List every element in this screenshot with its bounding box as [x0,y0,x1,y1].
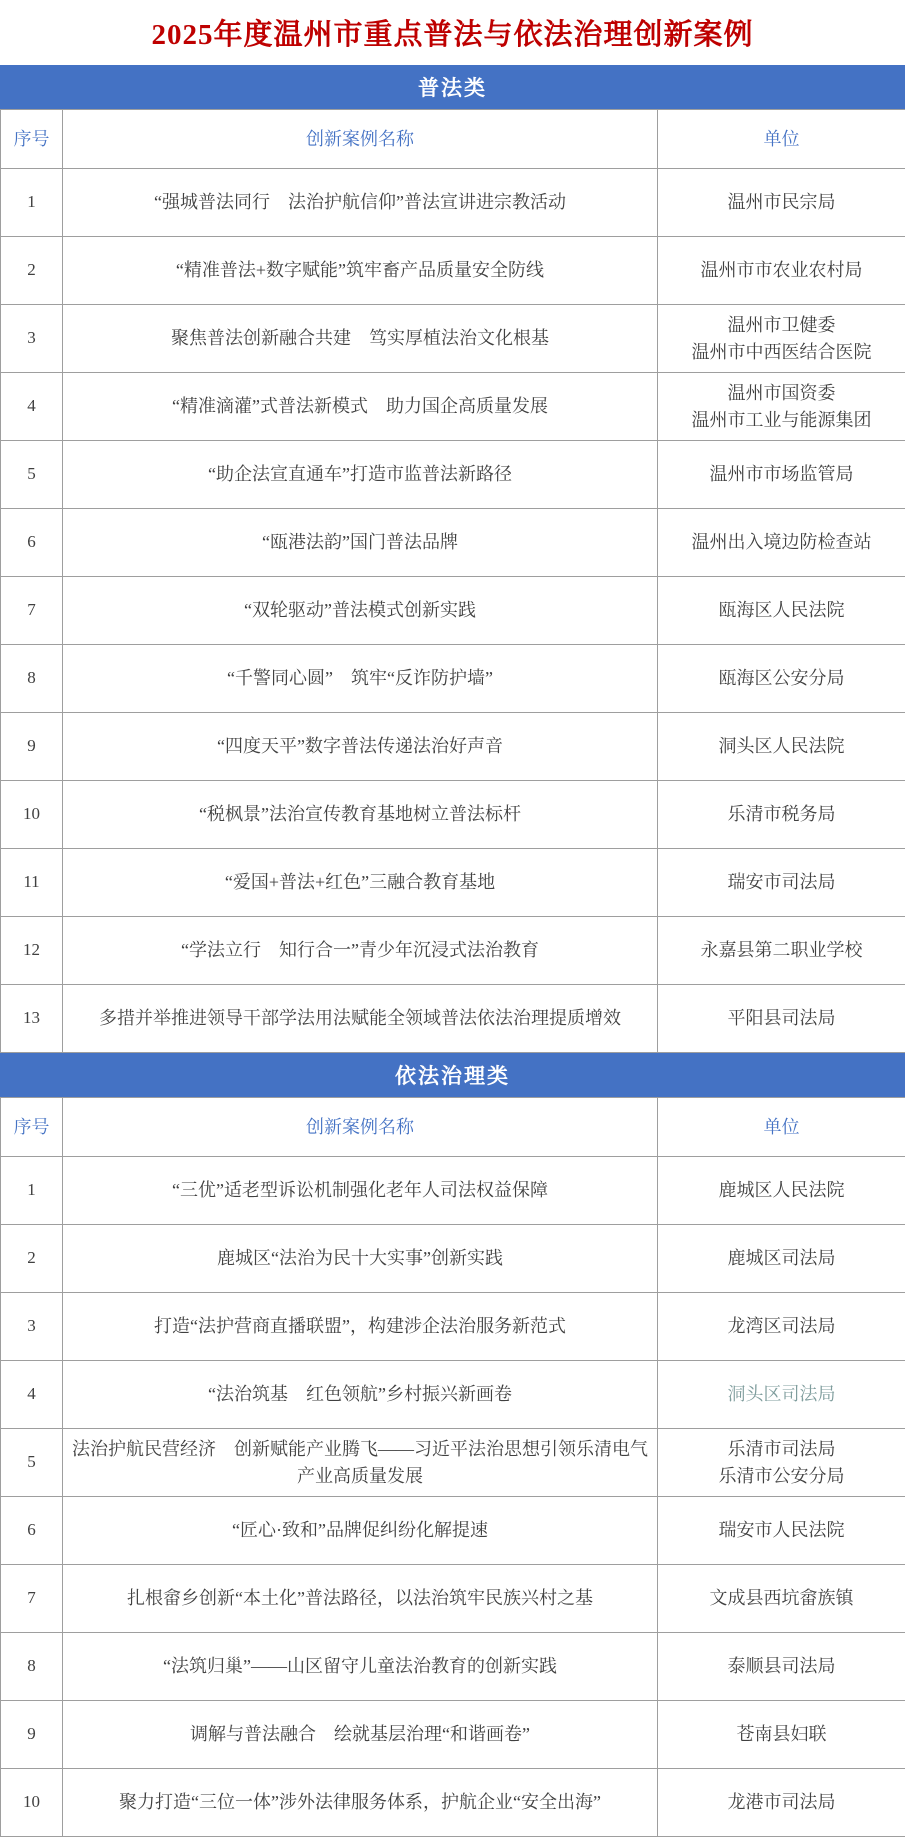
row-index: 2 [1,237,63,305]
document-page: 2025年度温州市重点普法与依法治理创新案例 普法类 序号 创新案例名称 单位 … [0,0,905,1837]
unit-cell: 鹿城区司法局 [658,1225,905,1293]
col-header-case: 创新案例名称 [63,1098,658,1157]
cases-table: 序号 创新案例名称 单位 1 “三优”适老型诉讼机制强化老年人司法权益保障 鹿城… [0,1097,905,1837]
case-name-cell: “学法立行 知行合一”青少年沉浸式法治教育 [63,917,658,985]
table-row: 8 “千警同心圆” 筑牢“反诈防护墙” 瓯海区公安分局 [1,645,905,713]
table-row: 10 “税枫景”法治宣传教育基地树立普法标杆 乐清市税务局 [1,781,905,849]
case-name-cell: 扎根畲乡创新“本土化”普法路径，以法治筑牢民族兴村之基 [63,1565,658,1633]
row-index: 10 [1,781,63,849]
case-name-cell: 法治护航民营经济 创新赋能产业腾飞——习近平法治思想引领乐清电气产业高质量发展 [63,1429,658,1497]
case-name-cell: “强城普法同行 法治护航信仰”普法宣讲进宗教活动 [63,169,658,237]
case-name-cell: “精准普法+数字赋能”筑牢畜产品质量安全防线 [63,237,658,305]
row-index: 11 [1,849,63,917]
row-index: 9 [1,1701,63,1769]
case-name-cell: 多措并举推进领导干部学法用法赋能全领域普法依法治理提质增效 [63,985,658,1053]
row-index: 5 [1,441,63,509]
table-row: 6 “瓯港法韵”国门普法品牌 温州出入境边防检查站 [1,509,905,577]
row-index: 10 [1,1769,63,1837]
row-index: 1 [1,1157,63,1225]
row-index: 2 [1,1225,63,1293]
table-row: 7 “双轮驱动”普法模式创新实践 瓯海区人民法院 [1,577,905,645]
row-index: 6 [1,509,63,577]
table-row: 8 “法筑归巢”——山区留守儿童法治教育的创新实践 泰顺县司法局 [1,1633,905,1701]
table-row: 10 聚力打造“三位一体”涉外法律服务体系，护航企业“安全出海” 龙港市司法局 [1,1769,905,1837]
row-index: 4 [1,373,63,441]
col-header-unit: 单位 [658,110,905,169]
case-name-cell: “爱国+普法+红色”三融合教育基地 [63,849,658,917]
unit-cell: 瑞安市人民法院 [658,1497,905,1565]
row-index: 3 [1,1293,63,1361]
unit-cell: 文成县西坑畲族镇 [658,1565,905,1633]
case-name-cell: “助企法宣直通车”打造市监普法新路径 [63,441,658,509]
table-row: 9 “四度天平”数字普法传递法治好声音 洞头区人民法院 [1,713,905,781]
table-row: 7 扎根畲乡创新“本土化”普法路径，以法治筑牢民族兴村之基 文成县西坑畲族镇 [1,1565,905,1633]
unit-cell: 乐清市司法局 乐清市公安分局 [658,1429,905,1497]
table-row: 11 “爱国+普法+红色”三融合教育基地 瑞安市司法局 [1,849,905,917]
table-row: 12 “学法立行 知行合一”青少年沉浸式法治教育 永嘉县第二职业学校 [1,917,905,985]
sections-container: 普法类 序号 创新案例名称 单位 1 “强城普法同行 法治护航信仰”普法宣讲进宗… [0,65,905,1837]
col-header-unit: 单位 [658,1098,905,1157]
case-name-cell: “税枫景”法治宣传教育基地树立普法标杆 [63,781,658,849]
row-index: 12 [1,917,63,985]
section-header-bar: 依法治理类 [0,1053,905,1097]
unit-cell: 龙湾区司法局 [658,1293,905,1361]
table-row: 4 “法治筑基 红色领航”乡村振兴新画卷 洞头区司法局 [1,1361,905,1429]
table-row: 13 多措并举推进领导干部学法用法赋能全领域普法依法治理提质增效 平阳县司法局 [1,985,905,1053]
unit-cell: 温州出入境边防检查站 [658,509,905,577]
unit-cell: 瓯海区人民法院 [658,577,905,645]
row-index: 5 [1,1429,63,1497]
table-row: 4 “精准滴灌”式普法新模式 助力国企高质量发展 温州市国资委 温州市工业与能源… [1,373,905,441]
row-index: 7 [1,1565,63,1633]
unit-cell: 温州市市农业农村局 [658,237,905,305]
case-name-cell: 打造“法护营商直播联盟”，构建涉企法治服务新范式 [63,1293,658,1361]
unit-cell: 泰顺县司法局 [658,1633,905,1701]
table-row: 9 调解与普法融合 绘就基层治理“和谐画卷” 苍南县妇联 [1,1701,905,1769]
unit-cell: 洞头区人民法院 [658,713,905,781]
case-name-cell: 聚力打造“三位一体”涉外法律服务体系，护航企业“安全出海” [63,1769,658,1837]
case-name-cell: 聚焦普法创新融合共建 笃实厚植法治文化根基 [63,305,658,373]
table-section: 依法治理类 序号 创新案例名称 单位 1 “三优”适老型诉讼机制强化老年人司法权… [0,1053,905,1837]
unit-cell: 温州市民宗局 [658,169,905,237]
case-name-cell: “千警同心圆” 筑牢“反诈防护墙” [63,645,658,713]
case-name-cell: 鹿城区“法治为民十大实事”创新实践 [63,1225,658,1293]
case-name-cell: “法治筑基 红色领航”乡村振兴新画卷 [63,1361,658,1429]
row-index: 8 [1,1633,63,1701]
unit-cell: 温州市市场监管局 [658,441,905,509]
case-name-cell: “双轮驱动”普法模式创新实践 [63,577,658,645]
col-header-index: 序号 [1,1098,63,1157]
section-header-bar: 普法类 [0,65,905,109]
table-body: 1 “强城普法同行 法治护航信仰”普法宣讲进宗教活动 温州市民宗局 2 “精准普… [1,169,905,1053]
column-header-row: 序号 创新案例名称 单位 [1,110,905,169]
unit-cell: 瓯海区公安分局 [658,645,905,713]
table-row: 2 “精准普法+数字赋能”筑牢畜产品质量安全防线 温州市市农业农村局 [1,237,905,305]
row-index: 9 [1,713,63,781]
col-header-index: 序号 [1,110,63,169]
row-index: 1 [1,169,63,237]
unit-cell: 鹿城区人民法院 [658,1157,905,1225]
unit-cell: 温州市国资委 温州市工业与能源集团 [658,373,905,441]
row-index: 6 [1,1497,63,1565]
table-row: 1 “强城普法同行 法治护航信仰”普法宣讲进宗教活动 温州市民宗局 [1,169,905,237]
table-section: 普法类 序号 创新案例名称 单位 1 “强城普法同行 法治护航信仰”普法宣讲进宗… [0,65,905,1053]
cases-table: 序号 创新案例名称 单位 1 “强城普法同行 法治护航信仰”普法宣讲进宗教活动 … [0,109,905,1053]
unit-cell: 龙港市司法局 [658,1769,905,1837]
row-index: 7 [1,577,63,645]
unit-cell: 永嘉县第二职业学校 [658,917,905,985]
case-name-cell: “匠心·致和”品牌促纠纷化解提速 [63,1497,658,1565]
table-row: 2 鹿城区“法治为民十大实事”创新实践 鹿城区司法局 [1,1225,905,1293]
table-row: 1 “三优”适老型诉讼机制强化老年人司法权益保障 鹿城区人民法院 [1,1157,905,1225]
case-name-cell: “四度天平”数字普法传递法治好声音 [63,713,658,781]
case-name-cell: 调解与普法融合 绘就基层治理“和谐画卷” [63,1701,658,1769]
case-name-cell: “法筑归巢”——山区留守儿童法治教育的创新实践 [63,1633,658,1701]
unit-cell: 温州市卫健委 温州市中西医结合医院 [658,305,905,373]
table-row: 3 打造“法护营商直播联盟”，构建涉企法治服务新范式 龙湾区司法局 [1,1293,905,1361]
unit-cell: 洞头区司法局 [658,1361,905,1429]
row-index: 8 [1,645,63,713]
case-name-cell: “三优”适老型诉讼机制强化老年人司法权益保障 [63,1157,658,1225]
table-body: 1 “三优”适老型诉讼机制强化老年人司法权益保障 鹿城区人民法院 2 鹿城区“法… [1,1157,905,1837]
case-name-cell: “瓯港法韵”国门普法品牌 [63,509,658,577]
row-index: 3 [1,305,63,373]
table-row: 5 法治护航民营经济 创新赋能产业腾飞——习近平法治思想引领乐清电气产业高质量发… [1,1429,905,1497]
unit-cell: 乐清市税务局 [658,781,905,849]
unit-cell: 瑞安市司法局 [658,849,905,917]
column-header-row: 序号 创新案例名称 单位 [1,1098,905,1157]
unit-cell: 平阳县司法局 [658,985,905,1053]
table-row: 6 “匠心·致和”品牌促纠纷化解提速 瑞安市人民法院 [1,1497,905,1565]
table-row: 5 “助企法宣直通车”打造市监普法新路径 温州市市场监管局 [1,441,905,509]
row-index: 13 [1,985,63,1053]
case-name-cell: “精准滴灌”式普法新模式 助力国企高质量发展 [63,373,658,441]
row-index: 4 [1,1361,63,1429]
table-row: 3 聚焦普法创新融合共建 笃实厚植法治文化根基 温州市卫健委 温州市中西医结合医… [1,305,905,373]
col-header-case: 创新案例名称 [63,110,658,169]
page-title: 2025年度温州市重点普法与依法治理创新案例 [0,0,905,65]
unit-cell: 苍南县妇联 [658,1701,905,1769]
